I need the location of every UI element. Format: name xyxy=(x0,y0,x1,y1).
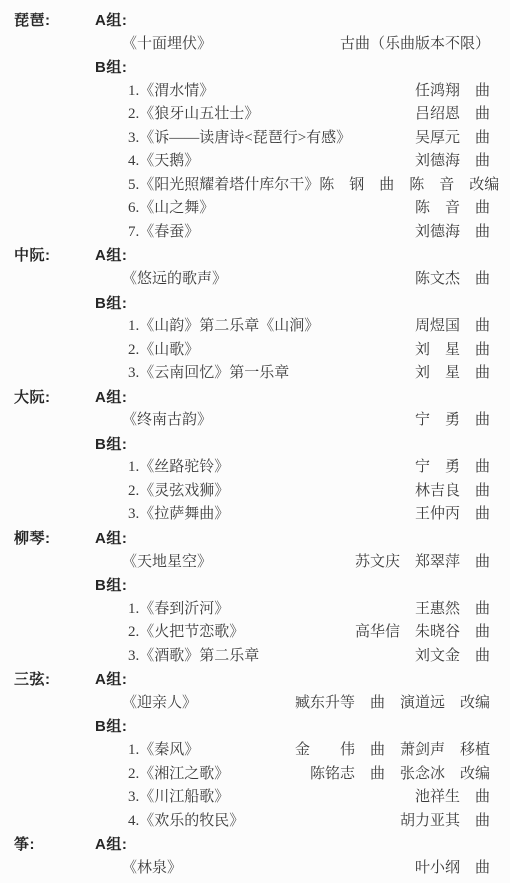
piece-number: 3. xyxy=(128,365,139,381)
piece-attribution: 陈文杰 曲 xyxy=(415,268,490,292)
piece-row: 7.《春蚕》刘德海 曲 xyxy=(0,221,510,245)
piece-attribution: 刘 星 曲 xyxy=(415,339,490,363)
piece: 3.《酒歌》第二乐章 xyxy=(95,645,259,669)
piece-row: 3.《拉萨舞曲》王仲丙 曲 xyxy=(0,503,510,527)
piece-number: 1. xyxy=(128,83,139,99)
piece: 3.《云南回忆》第一乐章 xyxy=(95,362,289,386)
piece-title: 《湘江之歌》 xyxy=(139,766,229,782)
piece-line: 3.《诉——读唐诗<琵琶行>有感》吴厚元 曲 xyxy=(95,127,490,151)
piece-row: 《迎亲人》臧东升等 曲 演道远 改编 xyxy=(0,692,510,716)
piece-title: 《酒歌》第二乐章 xyxy=(139,648,259,664)
piece-title: 《山之舞》 xyxy=(139,200,214,216)
group-label: A组: xyxy=(95,833,127,857)
group-label: A组: xyxy=(95,386,127,410)
group-label: A组: xyxy=(95,668,127,692)
group-label: B组: xyxy=(95,56,127,80)
repertoire-document: 琵琶:A组:《十面埋伏》古曲（乐曲版本不限）B组:1.《渭水情》任鸿翔 曲2.《… xyxy=(0,0,510,880)
piece-title: 《春到沂河》 xyxy=(139,601,229,617)
piece-attribution: 宁 勇 曲 xyxy=(415,456,490,480)
piece-title: 《天鹅》 xyxy=(139,153,199,169)
piece-title: 《欢乐的牧民》 xyxy=(139,813,244,829)
piece-row: 《林泉》叶小纲 曲 xyxy=(0,857,510,881)
piece: 1.《丝路驼铃》 xyxy=(95,456,229,480)
piece-attribution: 臧东升等 曲 演道远 改编 xyxy=(295,692,490,716)
piece: 5.《阳光照耀着塔什库尔干》 xyxy=(95,174,319,198)
piece: 4.《欢乐的牧民》 xyxy=(95,810,244,834)
group-header: A组: xyxy=(95,527,490,551)
piece-row: 2.《湘江之歌》陈铭志 曲 张念冰 改编 xyxy=(0,763,510,787)
piece-attribution: 陈铭志 曲 张念冰 改编 xyxy=(310,763,490,787)
piece-row: 2.《灵弦戏狮》林吉良 曲 xyxy=(0,480,510,504)
piece-number: 1. xyxy=(128,601,139,617)
piece-attribution: 任鸿翔 曲 xyxy=(415,80,490,104)
piece-number: 2. xyxy=(128,624,139,640)
piece-attribution: 苏文庆 郑翠萍 曲 xyxy=(355,551,490,575)
group-header: B组: xyxy=(95,56,490,80)
piece-attribution: 陈 钢 曲 陈 音 改编 xyxy=(319,174,499,198)
piece: 《迎亲人》 xyxy=(95,692,197,716)
group-label: B组: xyxy=(95,574,127,598)
piece-line: 4.《欢乐的牧民》胡力亚其 曲 xyxy=(95,810,490,834)
instrument-label: 琵琶: xyxy=(14,12,51,29)
piece-row: 3.《云南回忆》第一乐章刘 星 曲 xyxy=(0,362,510,386)
piece-row: 1.《丝路驼铃》宁 勇 曲 xyxy=(0,456,510,480)
group-row: 中阮:A组: xyxy=(0,244,510,268)
piece-line: 3.《云南回忆》第一乐章刘 星 曲 xyxy=(95,362,490,386)
piece-attribution: 周煜国 曲 xyxy=(415,315,490,339)
piece-row: 《十面埋伏》古曲（乐曲版本不限） xyxy=(0,33,510,57)
piece-number: 6. xyxy=(128,200,139,216)
instrument-label: 大阮: xyxy=(14,389,51,406)
piece-row: 5.《阳光照耀着塔什库尔干》陈 钢 曲 陈 音 改编 xyxy=(0,174,510,198)
instrument-label: 三弦: xyxy=(14,671,51,688)
piece: 《林泉》 xyxy=(95,857,182,881)
piece-attribution: 胡力亚其 曲 xyxy=(400,810,490,834)
piece-title: 《诉——读唐诗<琵琶行>有感》 xyxy=(139,130,351,146)
row-gutter: 大阮: xyxy=(14,386,95,411)
piece: 2.《灵弦戏狮》 xyxy=(95,480,229,504)
piece-title: 《终南古韵》 xyxy=(122,412,212,428)
piece-title: 《丝路驼铃》 xyxy=(139,459,229,475)
piece-row: 3.《酒歌》第二乐章刘文金 曲 xyxy=(0,645,510,669)
piece-number: 1. xyxy=(128,318,139,334)
piece-attribution: 吕绍恩 曲 xyxy=(415,103,490,127)
piece-line: 2.《山歌》刘 星 曲 xyxy=(95,339,490,363)
piece-attribution: 宁 勇 曲 xyxy=(415,409,490,433)
group-label: A组: xyxy=(95,244,127,268)
piece-row: 3.《川江船歌》池祥生 曲 xyxy=(0,786,510,810)
piece-line: 《迎亲人》臧东升等 曲 演道远 改编 xyxy=(95,692,490,716)
group-header: B组: xyxy=(95,292,490,316)
piece-line: 1.《山韵》第二乐章《山涧》周煜国 曲 xyxy=(95,315,490,339)
group-row: 三弦:A组: xyxy=(0,668,510,692)
piece-number: 4. xyxy=(128,813,139,829)
piece-number: 3. xyxy=(128,130,139,146)
piece-attribution: 高华信 朱晓谷 曲 xyxy=(355,621,490,645)
piece-title: 《林泉》 xyxy=(122,860,182,876)
piece-number: 1. xyxy=(128,459,139,475)
piece: 1.《秦风》 xyxy=(95,739,199,763)
piece-title: 《火把节恋歌》 xyxy=(139,624,244,640)
piece: 《天地星空》 xyxy=(95,551,212,575)
piece-title: 《秦风》 xyxy=(139,742,199,758)
instrument-label: 筝: xyxy=(14,836,35,853)
piece-title: 《悠远的歌声》 xyxy=(122,271,227,287)
row-gutter: 筝: xyxy=(14,833,95,858)
piece-row: 1.《秦风》金 伟 曲 萧剑声 移植 xyxy=(0,739,510,763)
piece-row: 4.《天鹅》刘德海 曲 xyxy=(0,150,510,174)
piece: 2.《山歌》 xyxy=(95,339,199,363)
piece-row: 1.《山韵》第二乐章《山涧》周煜国 曲 xyxy=(0,315,510,339)
piece-line: 2.《湘江之歌》陈铭志 曲 张念冰 改编 xyxy=(95,763,490,787)
piece: 2.《湘江之歌》 xyxy=(95,763,229,787)
group-header: A组: xyxy=(95,668,490,692)
piece-row: 2.《山歌》刘 星 曲 xyxy=(0,339,510,363)
piece: 3.《川江船歌》 xyxy=(95,786,229,810)
group-header: B组: xyxy=(95,715,490,739)
piece-line: 1.《丝路驼铃》宁 勇 曲 xyxy=(95,456,490,480)
group-label: B组: xyxy=(95,433,127,457)
piece-number: 2. xyxy=(128,106,139,122)
row-gutter: 中阮: xyxy=(14,244,95,269)
row-gutter: 三弦: xyxy=(14,668,95,693)
group-row: B组: xyxy=(0,574,510,598)
group-header: B组: xyxy=(95,433,490,457)
group-header: B组: xyxy=(95,574,490,598)
group-row: B组: xyxy=(0,715,510,739)
piece-attribution: 林吉良 曲 xyxy=(415,480,490,504)
piece-attribution: 陈 音 曲 xyxy=(415,197,490,221)
group-row: B组: xyxy=(0,292,510,316)
piece-line: 《林泉》叶小纲 曲 xyxy=(95,857,490,881)
piece: 6.《山之舞》 xyxy=(95,197,214,221)
piece-row: 1.《渭水情》任鸿翔 曲 xyxy=(0,80,510,104)
group-row: 琵琶:A组: xyxy=(0,9,510,33)
piece-attribution: 吴厚元 曲 xyxy=(415,127,490,151)
group-row: B组: xyxy=(0,433,510,457)
piece-line: 《悠远的歌声》陈文杰 曲 xyxy=(95,268,490,292)
piece-line: 《十面埋伏》古曲（乐曲版本不限） xyxy=(95,33,490,57)
piece-line: 7.《春蚕》刘德海 曲 xyxy=(95,221,490,245)
group-label: B组: xyxy=(95,715,127,739)
piece-title: 《拉萨舞曲》 xyxy=(139,506,229,522)
piece-attribution: 刘德海 曲 xyxy=(415,150,490,174)
group-label: B组: xyxy=(95,292,127,316)
group-row: 柳琴:A组: xyxy=(0,527,510,551)
piece: 2.《狼牙山五壮士》 xyxy=(95,103,259,127)
piece-title: 《狼牙山五壮士》 xyxy=(139,106,259,122)
piece-title: 《阳光照耀着塔什库尔干》 xyxy=(139,177,319,193)
piece-line: 2.《火把节恋歌》高华信 朱晓谷 曲 xyxy=(95,621,490,645)
piece-line: 1.《春到沂河》王惠然 曲 xyxy=(95,598,490,622)
piece-line: 1.《渭水情》任鸿翔 曲 xyxy=(95,80,490,104)
piece-row: 2.《狼牙山五壮士》吕绍恩 曲 xyxy=(0,103,510,127)
instrument-label: 柳琴: xyxy=(14,530,51,547)
piece-number: 3. xyxy=(128,506,139,522)
piece-row: 1.《春到沂河》王惠然 曲 xyxy=(0,598,510,622)
group-row: 筝:A组: xyxy=(0,833,510,857)
row-gutter: 柳琴: xyxy=(14,527,95,552)
piece-number: 1. xyxy=(128,742,139,758)
piece-title: 《山韵》第二乐章《山涧》 xyxy=(139,318,319,334)
piece-title: 《灵弦戏狮》 xyxy=(139,483,229,499)
piece: 《悠远的歌声》 xyxy=(95,268,227,292)
piece-line: 2.《狼牙山五壮士》吕绍恩 曲 xyxy=(95,103,490,127)
piece: 《终南古韵》 xyxy=(95,409,212,433)
piece-line: 6.《山之舞》陈 音 曲 xyxy=(95,197,490,221)
group-header: A组: xyxy=(95,9,490,33)
piece-attribution: 王仲丙 曲 xyxy=(415,503,490,527)
group-label: A组: xyxy=(95,9,127,33)
group-label: A组: xyxy=(95,527,127,551)
instrument-label: 中阮: xyxy=(14,247,51,264)
piece-attribution: 刘文金 曲 xyxy=(415,645,490,669)
piece-attribution: 王惠然 曲 xyxy=(415,598,490,622)
piece-row: 6.《山之舞》陈 音 曲 xyxy=(0,197,510,221)
row-gutter: 琵琶: xyxy=(14,9,95,34)
piece-line: 2.《灵弦戏狮》林吉良 曲 xyxy=(95,480,490,504)
group-row: B组: xyxy=(0,56,510,80)
piece-row: 《天地星空》苏文庆 郑翠萍 曲 xyxy=(0,551,510,575)
group-row: 大阮:A组: xyxy=(0,386,510,410)
piece-line: 4.《天鹅》刘德海 曲 xyxy=(95,150,490,174)
piece-title: 《川江船歌》 xyxy=(139,789,229,805)
piece-line: 3.《川江船歌》池祥生 曲 xyxy=(95,786,490,810)
piece-number: 3. xyxy=(128,648,139,664)
piece-line: 3.《拉萨舞曲》王仲丙 曲 xyxy=(95,503,490,527)
piece-row: 《悠远的歌声》陈文杰 曲 xyxy=(0,268,510,292)
piece-title: 《十面埋伏》 xyxy=(122,36,212,52)
piece-number: 4. xyxy=(128,153,139,169)
piece-attribution: 叶小纲 曲 xyxy=(415,857,490,881)
piece-title: 《云南回忆》第一乐章 xyxy=(139,365,289,381)
group-header: A组: xyxy=(95,386,490,410)
piece: 《十面埋伏》 xyxy=(95,33,212,57)
piece-attribution: 金 伟 曲 萧剑声 移植 xyxy=(295,739,490,763)
piece-number: 2. xyxy=(128,342,139,358)
piece-number: 3. xyxy=(128,789,139,805)
piece-title: 《迎亲人》 xyxy=(122,695,197,711)
piece-line: 3.《酒歌》第二乐章刘文金 曲 xyxy=(95,645,490,669)
piece: 3.《拉萨舞曲》 xyxy=(95,503,229,527)
piece: 4.《天鹅》 xyxy=(95,150,199,174)
piece-title: 《山歌》 xyxy=(139,342,199,358)
piece-attribution: 古曲（乐曲版本不限） xyxy=(340,33,490,57)
piece: 2.《火把节恋歌》 xyxy=(95,621,244,645)
piece-number: 7. xyxy=(128,224,139,240)
piece-row: 3.《诉——读唐诗<琵琶行>有感》吴厚元 曲 xyxy=(0,127,510,151)
piece-attribution: 刘德海 曲 xyxy=(415,221,490,245)
group-header: A组: xyxy=(95,244,490,268)
piece-number: 2. xyxy=(128,766,139,782)
piece-row: 4.《欢乐的牧民》胡力亚其 曲 xyxy=(0,810,510,834)
piece-number: 5. xyxy=(128,177,139,193)
piece-title: 《天地星空》 xyxy=(122,554,212,570)
piece-attribution: 刘 星 曲 xyxy=(415,362,490,386)
piece-title: 《渭水情》 xyxy=(139,83,214,99)
group-header: A组: xyxy=(95,833,490,857)
piece: 1.《山韵》第二乐章《山涧》 xyxy=(95,315,319,339)
piece-line: 《终南古韵》宁 勇 曲 xyxy=(95,409,490,433)
piece: 7.《春蚕》 xyxy=(95,221,199,245)
piece-title: 《春蚕》 xyxy=(139,224,199,240)
piece-number: 2. xyxy=(128,483,139,499)
piece-line: 《天地星空》苏文庆 郑翠萍 曲 xyxy=(95,551,490,575)
piece-row: 2.《火把节恋歌》高华信 朱晓谷 曲 xyxy=(0,621,510,645)
piece: 1.《渭水情》 xyxy=(95,80,214,104)
piece-line: 1.《秦风》金 伟 曲 萧剑声 移植 xyxy=(95,739,490,763)
piece-row: 《终南古韵》宁 勇 曲 xyxy=(0,409,510,433)
piece: 1.《春到沂河》 xyxy=(95,598,229,622)
piece: 3.《诉——读唐诗<琵琶行>有感》 xyxy=(95,127,351,151)
piece-line: 5.《阳光照耀着塔什库尔干》陈 钢 曲 陈 音 改编 xyxy=(95,174,490,198)
piece-attribution: 池祥生 曲 xyxy=(415,786,490,810)
